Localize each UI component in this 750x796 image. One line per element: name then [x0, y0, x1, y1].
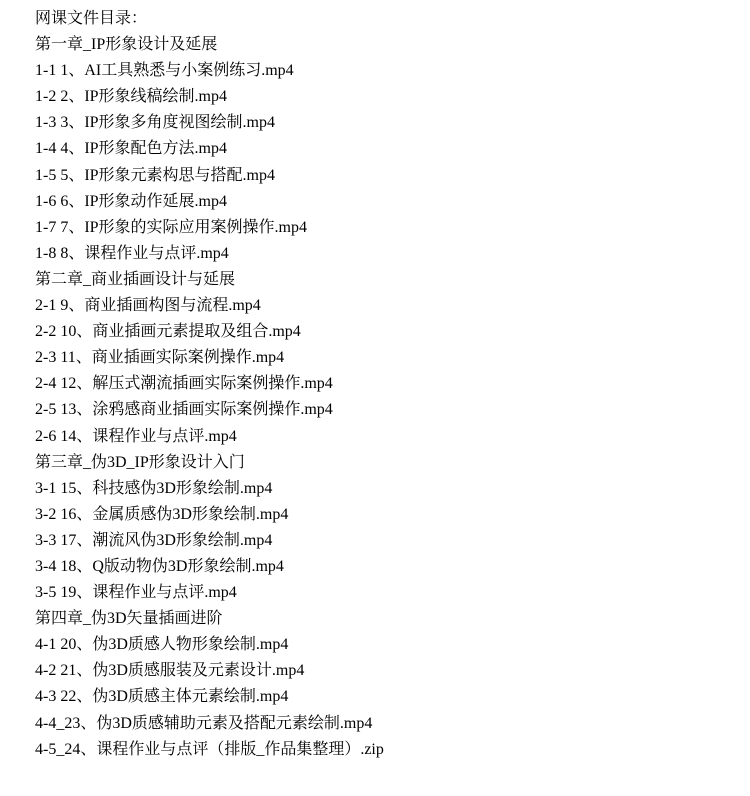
file-entry: 2-6 14、课程作业与点评.mp4 [35, 424, 730, 450]
file-entry: 4-5_24、课程作业与点评（排版_作品集整理）.zip [35, 737, 730, 763]
file-entry: 2-5 13、涂鸦感商业插画实际案例操作.mp4 [35, 397, 730, 423]
chapter-heading: 第三章_伪3D_IP形象设计入门 [35, 450, 730, 476]
file-entry: 1-2 2、IP形象线稿绘制.mp4 [35, 84, 730, 110]
chapter-heading: 第四章_伪3D矢量插画进阶 [35, 606, 730, 632]
file-entry: 3-3 17、潮流风伪3D形象绘制.mp4 [35, 528, 730, 554]
file-entry: 2-1 9、商业插画构图与流程.mp4 [35, 293, 730, 319]
file-entry: 3-2 16、金属质感伪3D形象绘制.mp4 [35, 502, 730, 528]
file-entry: 2-2 10、商业插画元素提取及组合.mp4 [35, 319, 730, 345]
file-entry: 2-3 11、商业插画实际案例操作.mp4 [35, 345, 730, 371]
file-entry: 3-1 15、科技感伪3D形象绘制.mp4 [35, 476, 730, 502]
file-entry: 1-4 4、IP形象配色方法.mp4 [35, 136, 730, 162]
chapter-heading: 第一章_IP形象设计及延展 [35, 32, 730, 58]
file-entry: 4-4_23、伪3D质感辅助元素及搭配元素绘制.mp4 [35, 711, 730, 737]
file-entry: 3-5 19、课程作业与点评.mp4 [35, 580, 730, 606]
file-entry: 4-1 20、伪3D质感人物形象绘制.mp4 [35, 632, 730, 658]
file-entry: 1-1 1、AI工具熟悉与小案例练习.mp4 [35, 58, 730, 84]
file-entry: 4-2 21、伪3D质感服装及元素设计.mp4 [35, 658, 730, 684]
file-entry: 4-3 22、伪3D质感主体元素绘制.mp4 [35, 684, 730, 710]
file-entry: 2-4 12、解压式潮流插画实际案例操作.mp4 [35, 371, 730, 397]
file-entry: 1-3 3、IP形象多角度视图绘制.mp4 [35, 110, 730, 136]
file-list: 第一章_IP形象设计及延展1-1 1、AI工具熟悉与小案例练习.mp41-2 2… [35, 32, 730, 763]
file-entry: 3-4 18、Q版动物伪3D形象绘制.mp4 [35, 554, 730, 580]
file-entry: 1-5 5、IP形象元素构思与搭配.mp4 [35, 163, 730, 189]
file-entry: 1-8 8、课程作业与点评.mp4 [35, 241, 730, 267]
chapter-heading: 第二章_商业插画设计与延展 [35, 267, 730, 293]
file-entry: 1-6 6、IP形象动作延展.mp4 [35, 189, 730, 215]
document-title: 网课文件目录： [35, 6, 730, 32]
file-entry: 1-7 7、IP形象的实际应用案例操作.mp4 [35, 215, 730, 241]
document-page: 网课文件目录： 第一章_IP形象设计及延展1-1 1、AI工具熟悉与小案例练习.… [0, 0, 750, 796]
